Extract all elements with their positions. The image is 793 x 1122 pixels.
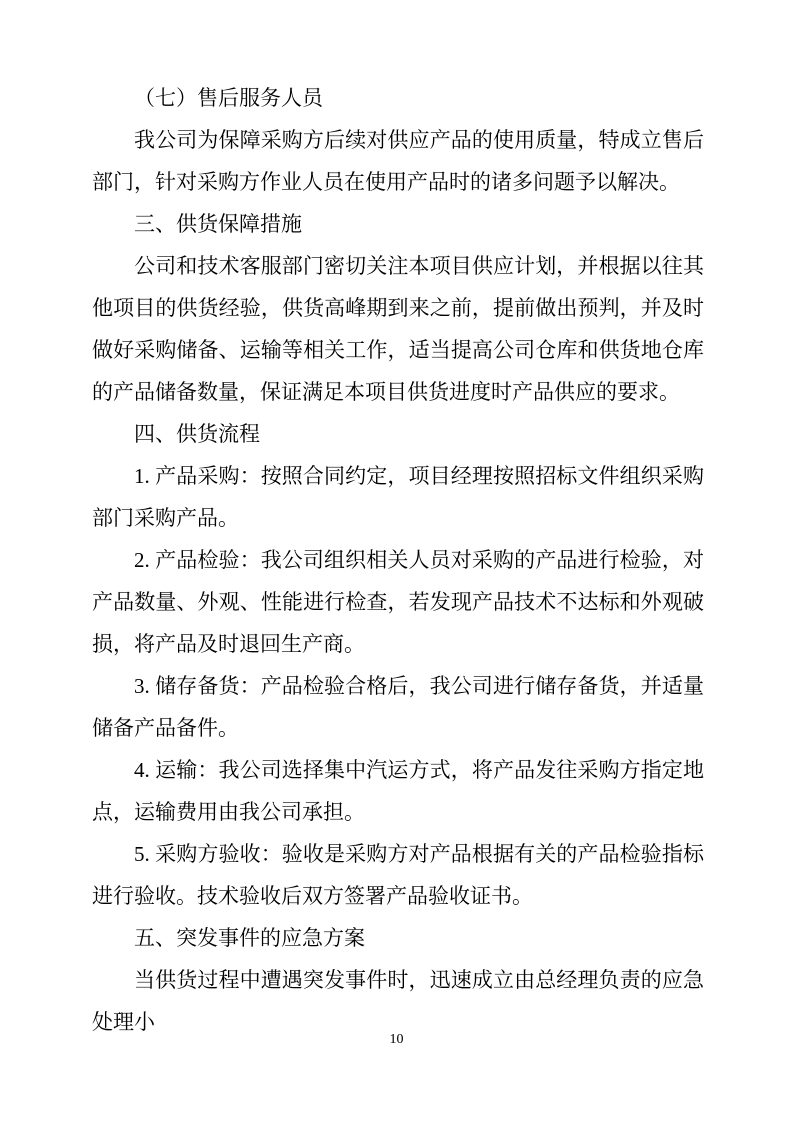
list-paragraph: 4. 运输：我公司选择集中汽运方式，将产品发往采购方指定地点，运输费用由我公司承…: [92, 749, 704, 833]
paragraph: 我公司为保障采购方后续对供应产品的使用质量，特成立售后部门，针对采购方作业人员在…: [92, 119, 704, 203]
section-heading: 四、供货流程: [92, 413, 704, 455]
section-subheading: （七）售后服务人员: [92, 77, 704, 119]
page-number: 10: [0, 1031, 793, 1049]
document-body: （七）售后服务人员 我公司为保障采购方后续对供应产品的使用质量，特成立售后部门，…: [92, 77, 704, 1043]
list-paragraph: 2. 产品检验：我公司组织相关人员对采购的产品进行检验，对产品数量、外观、性能进…: [92, 539, 704, 665]
section-heading: 三、供货保障措施: [92, 203, 704, 245]
paragraph: 公司和技术客服部门密切关注本项目供应计划，并根据以往其他项目的供货经验，供货高峰…: [92, 245, 704, 413]
document-page: （七）售后服务人员 我公司为保障采购方后续对供应产品的使用质量，特成立售后部门，…: [0, 0, 793, 1122]
list-paragraph: 5. 采购方验收：验收是采购方对产品根据有关的产品检验指标进行验收。技术验收后双…: [92, 833, 704, 917]
list-paragraph: 3. 储存备货：产品检验合格后，我公司进行储存备货，并适量储备产品备件。: [92, 665, 704, 749]
list-paragraph: 1. 产品采购：按照合同约定，项目经理按照招标文件组织采购部门采购产品。: [92, 455, 704, 539]
section-heading: 五、突发事件的应急方案: [92, 917, 704, 959]
